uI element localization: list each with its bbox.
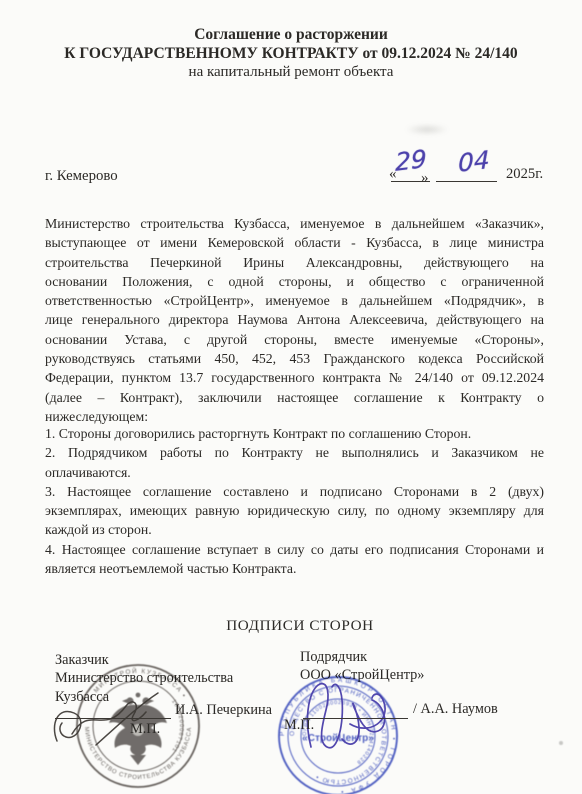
stamp-center-company-name: «СтройЦентр» bbox=[302, 733, 374, 744]
contractor-role-label: Подрядчик bbox=[300, 648, 424, 666]
city-label: г. Кемерово bbox=[45, 168, 118, 185]
scan-smudge bbox=[405, 124, 449, 135]
document-title: Соглашение о расторжении К ГОСУДАРСТВЕНН… bbox=[0, 26, 582, 82]
title-line-3: на капитальный ремонт объекта bbox=[0, 63, 582, 82]
stamp-middle-ring bbox=[288, 686, 388, 786]
contractor-org-name: ООО «СтройЦентр» bbox=[300, 666, 424, 684]
stamp-ring-text-company-form: ОБЩЕСТВО С ОГРАНИЧЕННОЙ ОТВЕТСТВЕННОСТЬЮ… bbox=[289, 687, 388, 785]
text-block: 2. Подрядчиком работы по Контракту не вы… bbox=[45, 443, 544, 482]
text-block: Министерство строительства Кузбасса, име… bbox=[45, 214, 544, 426]
contractor-round-stamp: РЕСПУБЛИКА БАШКОРТОСТАН • ГОРОД УФА • ОБ… bbox=[279, 677, 397, 794]
text-line: (далее – Контракт), заключили настоящее … bbox=[45, 388, 544, 407]
signatures-heading: ПОДПИСИ СТОРОН bbox=[0, 617, 582, 635]
text-line: 2. Подрядчиком работы по Контракту не вы… bbox=[45, 443, 544, 462]
text-line: основании Положения, с одной стороны, и … bbox=[45, 272, 544, 291]
customer-signature-line bbox=[55, 718, 171, 719]
contractor-signature-line bbox=[303, 718, 408, 719]
text-line: ответственностью «СтройЦентр», именуемое… bbox=[45, 291, 544, 310]
customer-org-line1: Министерство строительства bbox=[55, 669, 233, 687]
text-line: 1. Стороны договорились расторгнуть Конт… bbox=[45, 424, 544, 443]
title-line-2: К ГОСУДАРСТВЕННОМУ КОНТРАКТУ от 09.12.20… bbox=[0, 45, 582, 64]
svg-text:ОБЩЕСТВО С ОГРАНИЧЕННОЙ ОТВЕТС: ОБЩЕСТВО С ОГРАНИЧЕННОЙ ОТВЕТСТВЕННОСТЬЮ… bbox=[289, 687, 388, 785]
svg-text:РЕСПУБЛИКА БАШКОРТОСТАН • ГОРО: РЕСПУБЛИКА БАШКОРТОСТАН • ГОРОД УФА • bbox=[279, 677, 397, 794]
text-line: 4. Настоящее соглашение вступает в силу … bbox=[45, 540, 544, 559]
customer-role-label: Заказчик bbox=[55, 651, 233, 669]
text-line: оплачиваются. bbox=[45, 463, 544, 482]
text-line: является неотъемлемой частью Контракта. bbox=[45, 559, 544, 578]
text-line: руководствуясь статьями 450, 452, 453 Гр… bbox=[45, 349, 544, 368]
customer-signer-name: И.А. Печеркина bbox=[175, 702, 272, 719]
text-line: Министерство строительства Кузбасса, име… bbox=[45, 214, 544, 233]
text-line: каждой из сторон. bbox=[45, 520, 544, 539]
text-line: лице генерального директора Наумова Анто… bbox=[45, 310, 544, 329]
text-block: 4. Настоящее соглашение вступает в силу … bbox=[45, 540, 544, 579]
year-label: 2025г. bbox=[506, 166, 543, 183]
contractor-handwritten-signature bbox=[308, 684, 386, 748]
customer-signature-block: Заказчик Министерство строительства Кузб… bbox=[55, 651, 233, 706]
handwritten-day: 29 bbox=[395, 144, 427, 177]
text-block: 3. Настоящее соглашение составлено и под… bbox=[45, 482, 544, 540]
text-block: 1. Стороны договорились расторгнуть Конт… bbox=[45, 424, 544, 443]
stamp-outer-ring bbox=[279, 677, 397, 794]
text-line: выступающее от имени Кемеровской области… bbox=[45, 233, 544, 252]
scanned-document-page: Соглашение о расторжении К ГОСУДАРСТВЕНН… bbox=[0, 0, 582, 794]
text-line: экземплярах, имеющих равную юридическую … bbox=[45, 501, 544, 520]
stamp-ring-text-region: РЕСПУБЛИКА БАШКОРТОСТАН • ГОРОД УФА • bbox=[279, 677, 397, 794]
contractor-seal-mark: М.П. bbox=[284, 717, 314, 734]
title-line-1: Соглашение о расторжении bbox=[0, 26, 582, 45]
customer-seal-mark: М.П. bbox=[130, 721, 160, 738]
stamp-inner-ring bbox=[301, 699, 375, 773]
clauses-list: 1. Стороны договорились расторгнуть Конт… bbox=[45, 424, 544, 578]
text-line: 3. Настоящее соглашение составлено и под… bbox=[45, 482, 544, 501]
text-line: Федерации, пунктом 13.7 государственного… bbox=[45, 368, 544, 387]
text-line: строительства Печеркиной Ирины Александр… bbox=[45, 253, 544, 272]
scan-speck bbox=[559, 741, 563, 745]
contractor-signature-block: Подрядчик ООО «СтройЦентр» bbox=[300, 648, 424, 685]
contractor-signer-name: / А.А. Наумов bbox=[413, 701, 498, 718]
text-line: основании Устава, с другой стороны, вмес… bbox=[45, 330, 544, 349]
preamble-paragraph: Министерство строительства Кузбасса, име… bbox=[45, 214, 544, 426]
handwritten-month: 04 bbox=[458, 145, 490, 178]
